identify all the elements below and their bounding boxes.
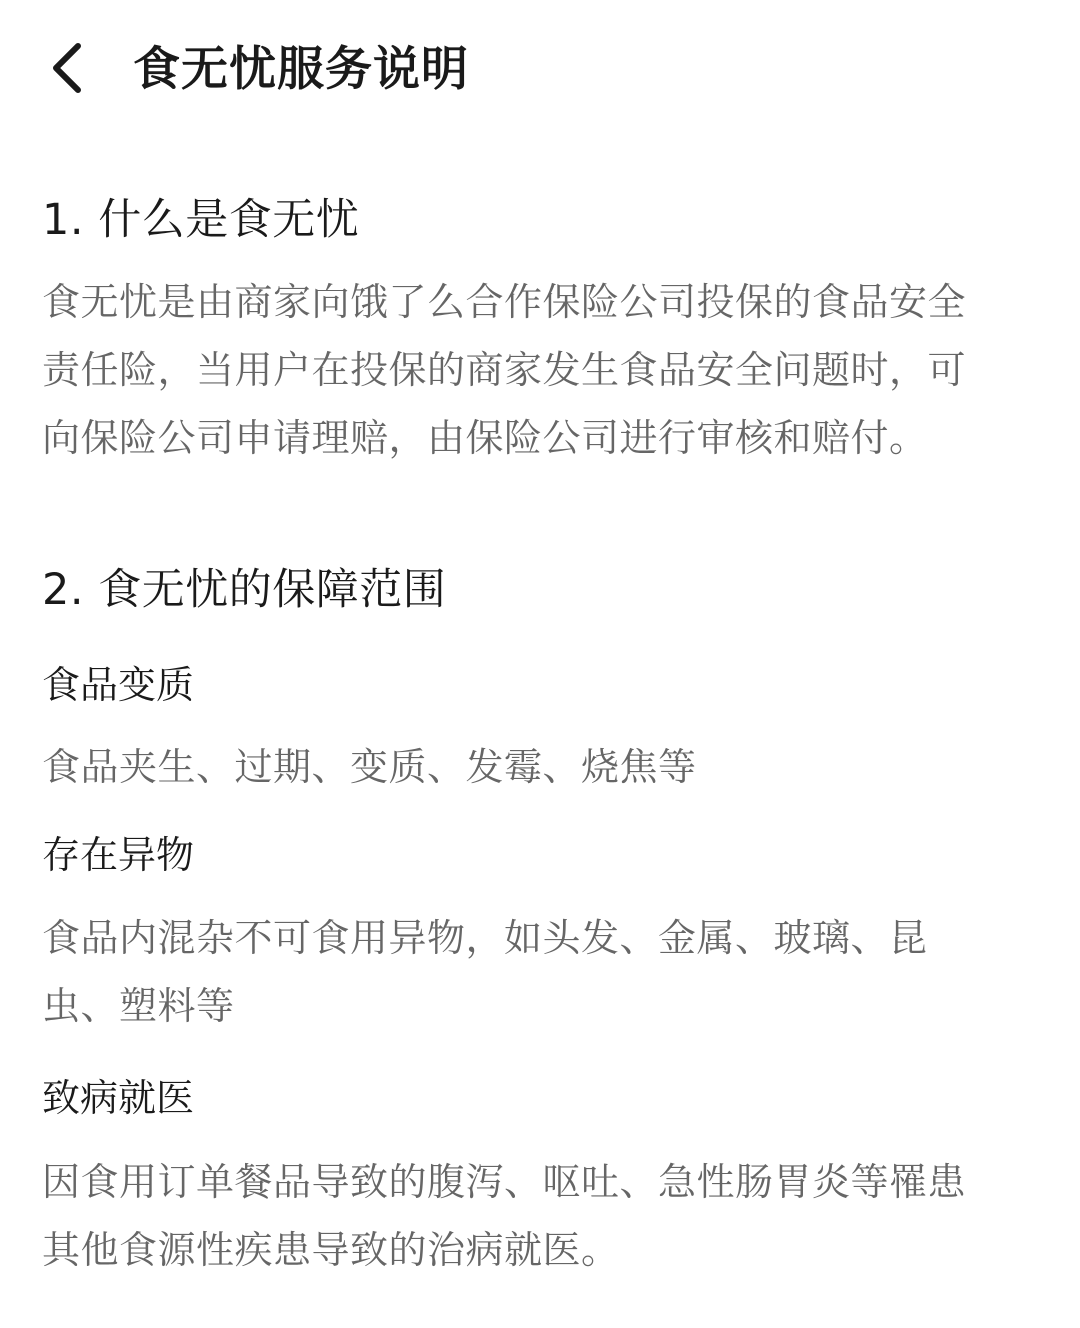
- body-line: 食无忧是由商家向饿了么合作保险公司投保的食品安全: [42, 268, 1017, 336]
- body-line: 向保险公司申请理赔，由保险公司进行审核和赔付。: [42, 404, 1017, 472]
- body-line: 责任险，当用户在投保的商家发生食品安全问题时，可: [42, 336, 1017, 404]
- body-line: 其他食源性疾患导致的治病就医。: [42, 1216, 1017, 1284]
- section-heading-coverage: 2. 食无忧的保障范围: [42, 560, 446, 620]
- coverage-item-body-illness: 因食用订单餐品导致的腹泻、呕吐、急性肠胃炎等罹患 其他食源性疾患导致的治病就医。: [42, 1148, 1017, 1284]
- section-heading-what-is: 1. 什么是食无忧: [42, 190, 359, 250]
- coverage-item-title-spoilage: 食品变质: [42, 660, 194, 710]
- chevron-left-icon: [50, 42, 86, 94]
- body-line: 食品内混杂不可食用异物，如头发、金属、玻璃、昆: [42, 904, 1017, 972]
- coverage-item-body-spoilage: 食品夹生、过期、变质、发霉、烧焦等: [42, 733, 1017, 801]
- coverage-item-title-foreign-objects: 存在异物: [42, 830, 194, 880]
- body-line: 因食用订单餐品导致的腹泻、呕吐、急性肠胃炎等罹患: [42, 1148, 1017, 1216]
- section-body-what-is: 食无忧是由商家向饿了么合作保险公司投保的食品安全 责任险，当用户在投保的商家发生…: [42, 268, 1017, 472]
- coverage-item-body-foreign-objects: 食品内混杂不可食用异物，如头发、金属、玻璃、昆 虫、塑料等: [42, 904, 1017, 1040]
- body-line: 虫、塑料等: [42, 972, 1017, 1040]
- coverage-item-title-illness: 致病就医: [42, 1073, 194, 1123]
- top-nav-bar: 食无忧服务说明: [0, 0, 1080, 140]
- body-line: 食品夹生、过期、变质、发霉、烧焦等: [42, 733, 1017, 801]
- page-title: 食无忧服务说明: [133, 38, 469, 102]
- back-button[interactable]: [40, 38, 96, 98]
